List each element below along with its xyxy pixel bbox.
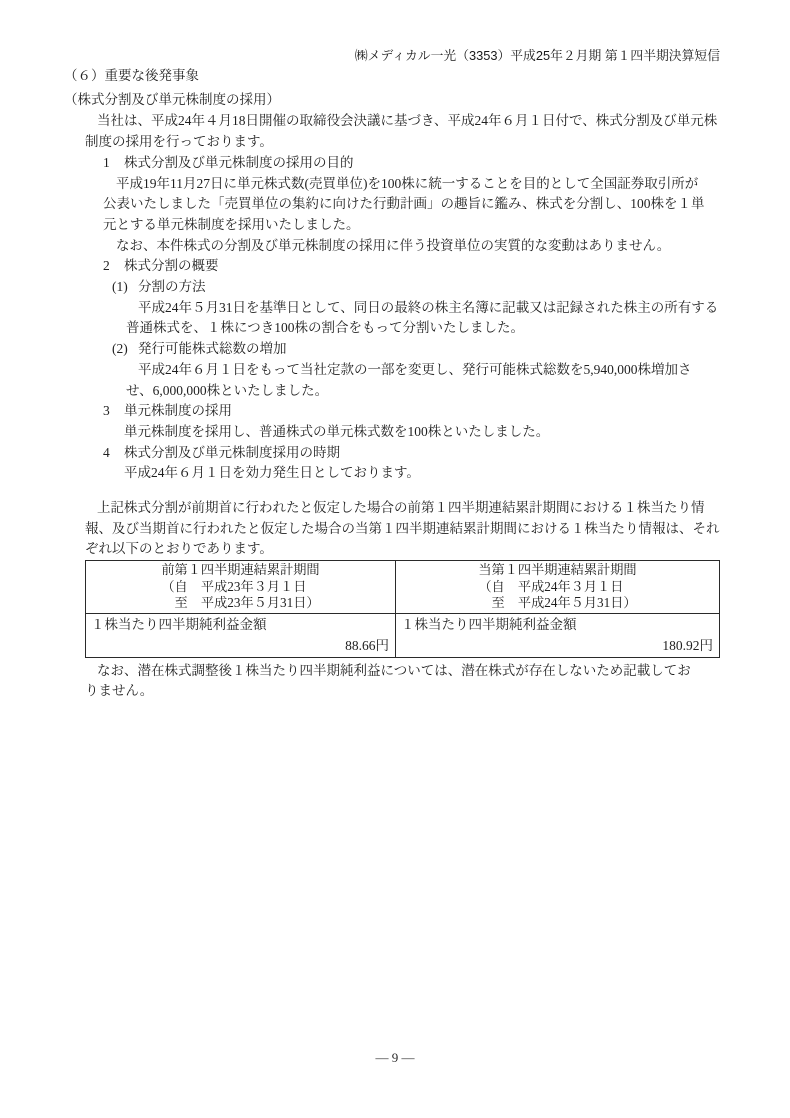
subitem-title: 分割の方法 — [138, 279, 206, 294]
item-number: 1 — [103, 153, 124, 174]
list-item-2: 2株式分割の概要 — [103, 256, 790, 277]
item-title: 株式分割の概要 — [124, 258, 219, 273]
note-paragraph-line: りません。 — [85, 681, 790, 702]
period-to: 至 平成23年５月31日） — [161, 595, 319, 611]
eps-label: １株当たり四半期純利益金額 — [396, 615, 719, 635]
sublist-item-2: (2)発行可能株式総数の増加 — [112, 339, 790, 360]
closing-paragraph-line: 報、及び当期首に行われたと仮定した場合の当第１四半期連結累計期間における１株当た… — [85, 519, 790, 540]
subsection-heading: （株式分割及び単元株制度の採用） — [64, 90, 790, 111]
intro-paragraph-line: 制度の採用を行っております。 — [85, 132, 790, 153]
report-header: ㈱メディカル一光（3353）平成25年２月期 第１四半期決算短信 — [355, 45, 720, 64]
period-range: （自 平成23年３月１日 至 平成23年５月31日） — [161, 579, 319, 612]
period-title: 前第１四半期連結累計期間 — [86, 562, 395, 578]
item-title: 株式分割及び単元株制度の採用の目的 — [124, 155, 354, 170]
list-item-3: 3単元株制度の採用 — [103, 401, 790, 422]
intro-paragraph-line: 当社は、平成24年４月18日開催の取締役会決議に基づき、平成24年６月１日付で、… — [97, 111, 790, 132]
closing-paragraph-line: ぞれ以下のとおりであります。 — [85, 539, 790, 560]
period-title: 当第１四半期連結累計期間 — [396, 562, 719, 578]
item-number: 4 — [103, 443, 124, 464]
table-header-row: 前第１四半期連結累計期間 （自 平成23年３月１日 至 平成23年５月31日） … — [86, 561, 720, 614]
period-range: （自 平成24年３月１日 至 平成24年５月31日） — [478, 579, 636, 612]
prior-period-value-cell: １株当たり四半期純利益金額 88.66円 — [86, 614, 396, 657]
subitem-paragraph-line: 平成24年６月１日をもって当社定款の一部を変更し、発行可能株式総数を5,940,… — [138, 360, 790, 381]
page-content: （６）重要な後発事象 （株式分割及び単元株制度の採用） 当社は、平成24年４月1… — [0, 66, 790, 702]
item-title: 単元株制度の採用 — [124, 403, 232, 418]
eps-value: 180.92円 — [396, 636, 719, 655]
item-paragraph-line: 元とする単元株制度を採用いたしました。 — [103, 215, 790, 236]
eps-comparison-table: 前第１四半期連結累計期間 （自 平成23年３月１日 至 平成23年５月31日） … — [85, 560, 720, 658]
prior-period-header-cell: 前第１四半期連結累計期間 （自 平成23年３月１日 至 平成23年５月31日） — [86, 561, 396, 614]
subitem-paragraph-line: 普通株式を、１株につき100株の割合をもって分割いたしました。 — [126, 318, 790, 339]
page-number: ― 9 ― — [0, 1050, 790, 1066]
item-title: 株式分割及び単元株制度採用の時期 — [124, 445, 340, 460]
note-paragraph-line: なお、潜在株式調整後１株当たり四半期純利益については、潜在株式が存在しないため記… — [97, 661, 790, 682]
item-paragraph-line: 公表いたしました「売買単位の集約に向けた行動計画」の趣旨に鑑み、株式を分割し、1… — [103, 194, 790, 215]
list-item-1: 1株式分割及び単元株制度の採用の目的 — [103, 153, 790, 174]
subitem-paragraph-line: 平成24年５月31日を基準日として、同日の最終の株主名簿に記載又は記録された株主… — [138, 298, 790, 319]
item-paragraph-line: 平成19年11月27日に単元株式数(売買単位)を100株に統一することを目的とし… — [116, 174, 790, 195]
eps-label: １株当たり四半期純利益金額 — [86, 615, 395, 635]
current-period-value-cell: １株当たり四半期純利益金額 180.92円 — [396, 614, 720, 657]
list-item-4: 4株式分割及び単元株制度採用の時期 — [103, 443, 790, 464]
report-page: ㈱メディカル一光（3353）平成25年２月期 第１四半期決算短信 （６）重要な後… — [0, 0, 790, 1118]
subitem-number: (1) — [112, 277, 138, 298]
period-to: 至 平成24年５月31日） — [478, 595, 636, 611]
item-body-line: 単元株制度を採用し、普通株式の単元株式数を100株といたしました。 — [124, 422, 790, 443]
period-from: （自 平成24年３月１日 — [478, 579, 636, 595]
table-body-row: １株当たり四半期純利益金額 88.66円 １株当たり四半期純利益金額 180.9… — [86, 614, 720, 657]
current-period-header-cell: 当第１四半期連結累計期間 （自 平成24年３月１日 至 平成24年５月31日） — [396, 561, 720, 614]
sublist-item-1: (1)分割の方法 — [112, 277, 790, 298]
item-body-line: 平成24年６月１日を効力発生日としております。 — [124, 463, 790, 484]
item-number: 2 — [103, 256, 124, 277]
eps-value: 88.66円 — [86, 636, 395, 655]
period-from: （自 平成23年３月１日 — [161, 579, 319, 595]
closing-paragraph-line: 上記株式分割が前期首に行われたと仮定した場合の前第１四半期連結累計期間における１… — [97, 498, 790, 519]
subitem-paragraph-line: せ、6,000,000株といたしました。 — [126, 381, 790, 402]
section-heading: （６）重要な後発事象 — [64, 66, 790, 87]
subitem-title: 発行可能株式総数の増加 — [138, 341, 287, 356]
item-number: 3 — [103, 401, 124, 422]
subitem-number: (2) — [112, 339, 138, 360]
item-note-line: なお、本件株式の分割及び単元株制度の採用に伴う投資単位の実質的な変動はありません… — [116, 236, 790, 257]
